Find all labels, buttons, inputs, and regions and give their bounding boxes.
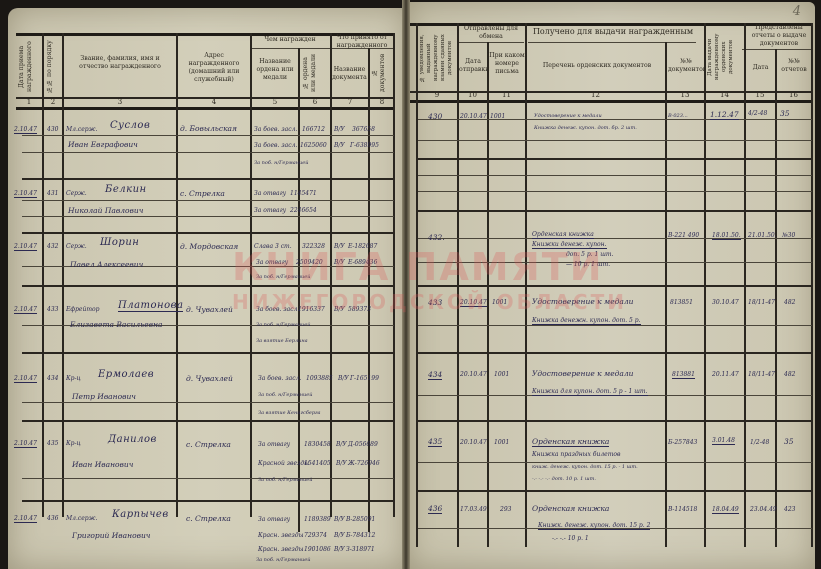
given-names: Петр Иванович (72, 392, 136, 401)
doc-line: Книжка для купон. дот. 5 р - 1 шт. (532, 388, 648, 396)
surname: Шорин (100, 237, 139, 248)
doc-name: В/У (334, 126, 345, 133)
col-number: 4 (178, 98, 250, 106)
doc-name: В/У (334, 306, 345, 313)
doc-line: Книжки денеж. купон. (532, 241, 607, 249)
header-document-list: Перечень орденских документов (530, 62, 664, 70)
header-sent-for-exchange: Отправлены для обмена (459, 25, 523, 41)
doc-line: Книжк. денеж. купон. дот. 15 р. 2 (538, 522, 650, 530)
date-received: 2.10.47 (14, 126, 37, 134)
col-number: 6 (300, 98, 330, 106)
doc-line: Орденская книжка (532, 504, 609, 513)
award-name: За боев. засл. (256, 306, 299, 313)
award-number: 1145471 (290, 190, 317, 197)
date-received: 2.10.47 (14, 375, 37, 383)
sequence-no: 431 (47, 190, 58, 197)
doc-number: В-114518 (668, 506, 697, 513)
address: д. Чувахлей (186, 305, 233, 314)
header-awarded-with: Чем награжден (252, 36, 328, 44)
award-number: 1830458 (304, 441, 331, 448)
rank: Мл.серж. (66, 126, 97, 133)
doc-name: В/У (334, 532, 345, 539)
doc-line: Удостоверение к медали (532, 369, 634, 378)
header-report-numbers: №№ отчетов (777, 58, 811, 74)
letter-number: 293 (500, 506, 511, 513)
sequence-no: 435 (47, 440, 58, 447)
award-name: Слава 3 ст. (254, 243, 292, 250)
award-number: 1541405 (304, 460, 331, 467)
header-award-name: Название ордена или медали (253, 58, 297, 82)
sequence-no: 430 (47, 126, 58, 133)
issue-date: 3.01.48 (712, 437, 735, 445)
doc-number: Б-784312 (346, 532, 375, 539)
notice-number: 436 (428, 504, 442, 514)
award-name: За отвагу (254, 207, 286, 214)
issue-date: 18.04.49 (712, 506, 739, 514)
letter-number: 1001 (494, 439, 509, 446)
report-number: 482 (784, 299, 795, 306)
date-received: 2.10.47 (14, 515, 37, 523)
award-name: За поб. н/Германией (254, 160, 308, 166)
notice-number: 434 (428, 370, 442, 380)
col-number: 12 (526, 91, 665, 99)
report-date: 18/11-47 (748, 299, 775, 306)
report-date: 18/11-47 (748, 371, 775, 378)
report-number: 482 (784, 371, 795, 378)
notice-number: 435 (428, 437, 442, 447)
doc-number: Г-638995 (350, 142, 379, 149)
doc-line: Книжка денеж. купон. дот. бр. 2 шт. (534, 125, 637, 131)
issue-date: 30.10.47 (712, 299, 739, 306)
doc-name: В/У (336, 460, 347, 467)
notice-number: 430 (428, 112, 442, 121)
date-received: 2.10.47 (14, 190, 37, 198)
sequence-no: 433 (47, 306, 58, 313)
letter-number: 1001 (492, 299, 507, 306)
header-issue-date: Дата выдачи награжденному орденских доку… (707, 26, 743, 88)
col-number: 8 (370, 98, 394, 106)
surname: Платонова (118, 300, 183, 312)
given-names: Иван Евграфович (68, 140, 138, 149)
rank: Серж. (66, 190, 87, 197)
rank: Серж. (66, 243, 87, 250)
row-note: За поб. н/Германией (256, 557, 310, 563)
doc-line: Книжка денежн. купон. дот. 5 р. (532, 317, 641, 325)
doc-number: 813851 (670, 299, 693, 306)
award-number: 2246654 (290, 207, 317, 214)
doc-name: В/У (338, 375, 349, 382)
rank: Ефрейтор (66, 306, 99, 313)
doc-line: Орденская книжка (532, 231, 594, 239)
header-received-for-issue: Получено для выдачи награжденным (528, 26, 698, 37)
sent-date: 17.03.49 (460, 506, 487, 513)
col-number: 13 (666, 91, 704, 99)
award-name: За боев. засл. (254, 142, 297, 149)
sent-date: 20.10.47 (460, 371, 487, 378)
doc-number: Б-257843 (668, 439, 697, 446)
doc-number: Г-165199 (350, 375, 379, 382)
issue-date: 1.12.47 (710, 110, 739, 120)
award-number: 1916337 (298, 306, 325, 313)
sequence-no: 432 (47, 243, 58, 250)
address: д. Бовыльская (180, 124, 237, 133)
award-name: За отвагу (256, 259, 288, 266)
doc-number: В-221 490 (668, 232, 699, 239)
given-names: Павел Алексеевич (70, 260, 143, 269)
rank: Кр-ц (66, 440, 81, 447)
report-date: 1/2-48 (750, 439, 769, 446)
sent-date: 20.10.47 (460, 439, 487, 446)
col-number: 9 (418, 91, 456, 99)
doc-name: В/У (336, 441, 347, 448)
doc-name: В/У (334, 546, 345, 553)
given-names: Николай Павлович (68, 206, 143, 215)
award-name: За поб. н/Германией (256, 274, 310, 280)
doc-number: 813881 (672, 371, 695, 379)
issue-date: 20.11.47 (712, 371, 739, 378)
award-name: Красной звезды (258, 460, 309, 467)
header-sent-date: Дата отправки (459, 58, 487, 74)
doc-number: Е-182687 (348, 243, 377, 250)
doc-line: Книжка праздных билетов (532, 451, 621, 458)
header-sequence-no: №№ по порядку (46, 40, 60, 94)
header-notice-number: № уведомления, выданный награжденному вз… (419, 28, 455, 88)
doc-number: 589373 (348, 306, 371, 313)
header-date-received: Дата приема награжденного (18, 40, 40, 94)
notice-number: 432. (428, 233, 445, 242)
col-number: 11 (488, 91, 525, 99)
header-document-name: Название документа (332, 66, 367, 82)
doc-line: — 10 р. 1 шт. (566, 261, 610, 268)
doc-name: В/У (334, 243, 345, 250)
report-number: 35 (784, 437, 794, 446)
given-names: Елизавета Васильевна (70, 320, 163, 329)
doc-line: Удостоверение к медали (534, 113, 602, 119)
surname: Данилов (108, 434, 157, 445)
report-date: 4/2-48 (748, 110, 767, 117)
award-number: 1625060 (300, 142, 327, 149)
col-number: 15 (745, 91, 775, 99)
book-spine (402, 0, 410, 569)
award-name: За боев. засл. (258, 375, 301, 382)
doc-number: Ж-726946 (348, 460, 380, 467)
doc-line: -.- -.- -.- дот. 10 р. 1 шт. (532, 476, 596, 482)
award-number: 1189389 (304, 516, 331, 523)
award-number: 729374 (304, 532, 327, 539)
date-received: 2.10.47 (14, 306, 37, 314)
award-number: 1093885 (306, 375, 333, 382)
col-number: 7 (332, 98, 368, 106)
doc-number: В-285091 (346, 516, 375, 523)
award-name: За отвагу (258, 516, 290, 523)
sequence-no: 436 (47, 515, 58, 522)
rank: Кр-ц (66, 375, 81, 382)
surname: Карпычев (112, 509, 169, 520)
address: д. Чувахлей (186, 374, 233, 383)
award-name: За боев. засл. (254, 126, 297, 133)
rank: Мл.серж. (66, 515, 97, 522)
header-address: Адрес награжденного (домашний или служеб… (180, 52, 248, 84)
sent-date: 20.10.47 (460, 299, 487, 307)
header-document-number: № документов (371, 52, 391, 94)
col-number: 2 (44, 98, 62, 106)
award-number: 166712 (302, 126, 325, 133)
award-name: За отвагу (258, 441, 290, 448)
report-number: №30 (782, 232, 795, 239)
given-names: Иван Иванович (72, 460, 133, 469)
award-number: 322328 (302, 243, 325, 250)
report-date: 23.04.49 (750, 506, 777, 513)
header-rank-name: Звание, фамилия, имя и отчество награжде… (66, 55, 174, 71)
doc-number: В-023... (668, 113, 688, 119)
header-received-from: Что принято от награжденного (331, 34, 393, 50)
address: с. Стрелка (186, 440, 231, 449)
header-document-numbers: №№ документов (668, 58, 704, 74)
report-number: 35 (780, 109, 790, 118)
doc-name: В/У (334, 516, 345, 523)
address: д. Мордовская (180, 242, 238, 251)
address: с. Стрелка (186, 514, 231, 523)
col-number: 1 (18, 98, 40, 106)
report-number: 423 (784, 506, 795, 513)
doc-line: доп. 5 р. 1 шт. (566, 251, 613, 258)
award-name: Красн. звезды (258, 546, 303, 553)
left-page (8, 8, 406, 569)
award-name: За поб. н/Германией (258, 392, 312, 398)
award-name: Красн. звезды (258, 532, 303, 539)
sequence-no: 434 (47, 375, 58, 382)
doc-name: В/У (334, 142, 345, 149)
header-report-date: Дата (746, 64, 775, 72)
surname: Белкин (105, 184, 147, 195)
doc-line: Орденская книжка (532, 437, 609, 447)
doc-line: книж. денеж. купон. дот. 15 р. - 1 шт. (532, 464, 638, 470)
col-number: 14 (705, 91, 744, 99)
sent-date: 20.10.47 (460, 113, 487, 120)
letter-number: 1001 (490, 113, 505, 120)
surname: Суслов (110, 120, 150, 131)
header-letter-number: При каком номере письма (489, 52, 525, 76)
award-name: За отвагу (254, 190, 286, 197)
col-number: 3 (64, 98, 176, 106)
report-date: 21.01.50. (748, 232, 777, 239)
doc-line: Удостоверение к медали (532, 297, 634, 306)
doc-number: Е-689436 (348, 259, 377, 266)
header-reports-submitted: Представлены отчеты о выдаче документов (746, 24, 812, 48)
award-name: За взятие Берлина (256, 338, 308, 344)
col-number: 5 (252, 98, 298, 106)
notice-number: 433 (428, 298, 442, 307)
award-number: 1901086 (304, 546, 331, 553)
address: с. Стрелка (180, 189, 225, 198)
award-name: За взятие Кенигсберга (258, 410, 321, 416)
header-award-number: № ордена или медали (302, 52, 326, 94)
surname: Ермолаев (98, 369, 154, 380)
date-received: 2.10.47 (14, 243, 37, 251)
doc-line: -.- -.- 10 р. 1 (552, 535, 589, 542)
col-number: 10 (458, 91, 487, 99)
award-name: За поб. н/Германией (256, 322, 310, 328)
doc-number: З-318971 (346, 546, 375, 553)
doc-number: Д-056689 (348, 441, 378, 448)
given-names: Григорий Иванович (72, 531, 150, 540)
issue-date: 18.01.50. (712, 232, 741, 240)
date-received: 2.10.47 (14, 440, 37, 448)
award-name: За поб. н/Германией (258, 477, 312, 483)
letter-number: 1001 (494, 371, 509, 378)
col-number: 16 (776, 91, 811, 99)
award-number: 2509420 (296, 259, 323, 266)
doc-name: В/У (334, 259, 345, 266)
page-number: 4 (793, 4, 801, 19)
doc-number: 367658 (352, 126, 375, 133)
